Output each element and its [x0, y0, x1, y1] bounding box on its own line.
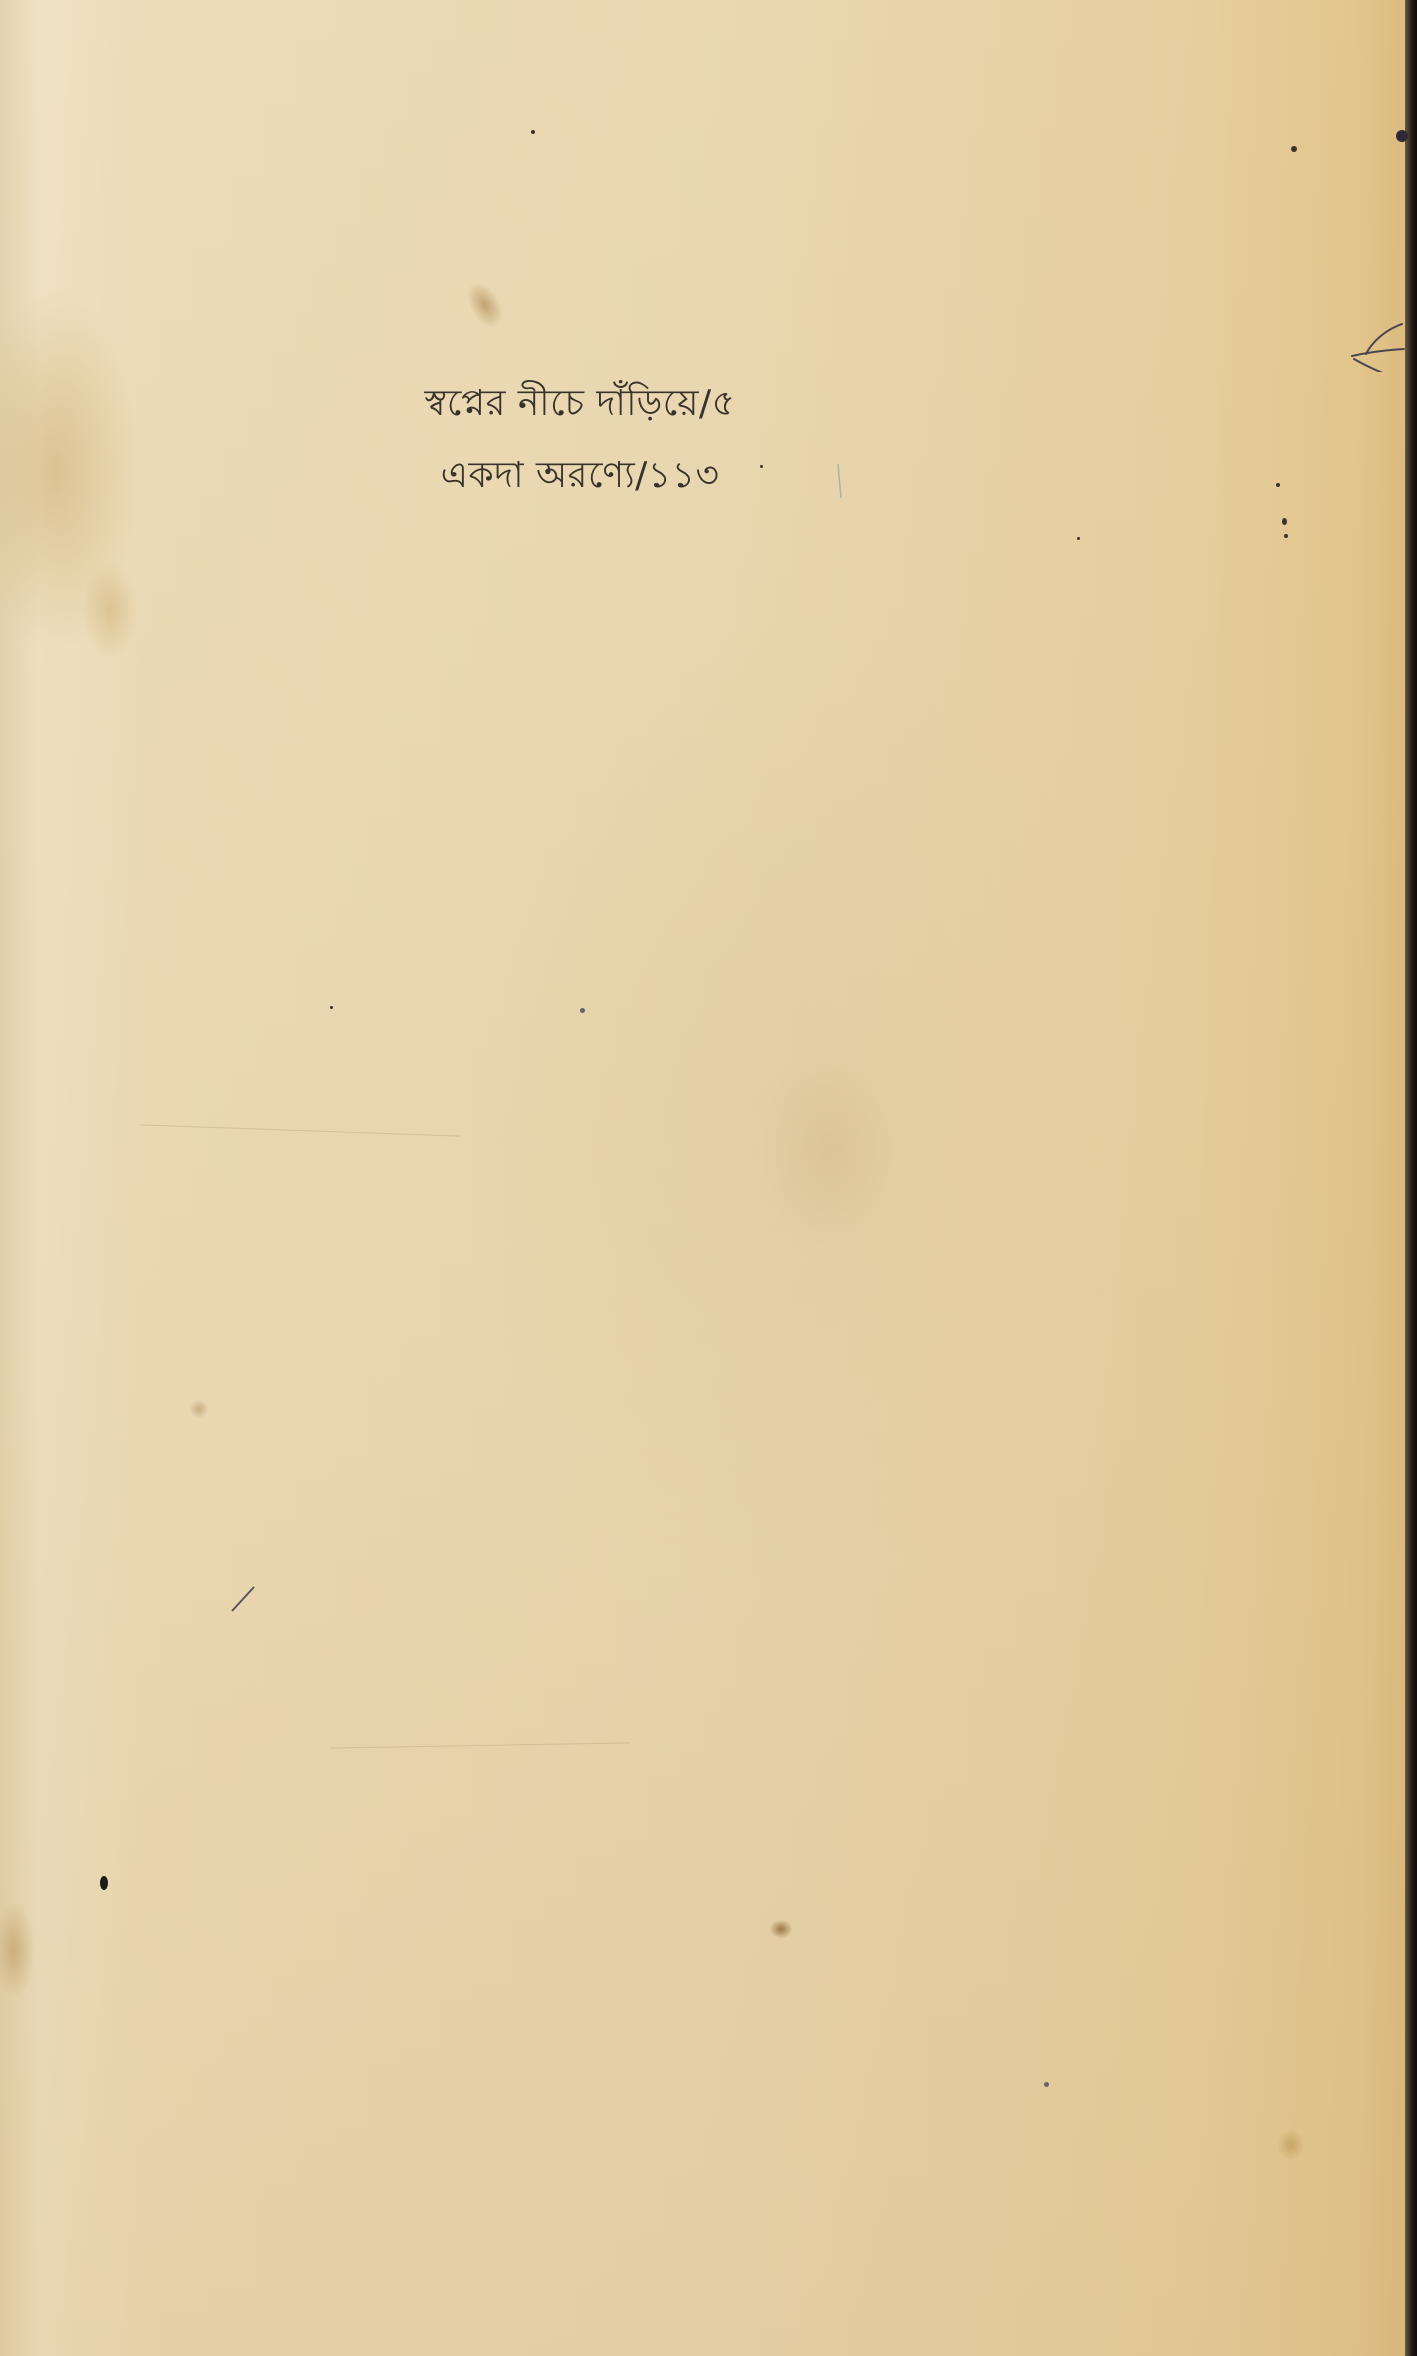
handwritten-mark-icon — [1340, 300, 1412, 372]
ink-speck — [1077, 537, 1080, 540]
ink-speck — [1396, 130, 1408, 142]
toc-entry: স্বপ্নের নীচে দাঁড়িয়ে/৫ — [0, 368, 1160, 440]
ink-speck — [531, 130, 535, 134]
paper-crease — [140, 1124, 460, 1136]
ink-speck — [330, 1006, 333, 1009]
ink-speck — [1284, 534, 1288, 538]
ink-speck — [1291, 146, 1297, 152]
paper-crease — [330, 1742, 630, 1748]
ink-speck — [1282, 518, 1287, 525]
table-of-contents: স্বপ্নের নীচে দাঁড়িয়ে/৫ একদা অরণ্যে/১১… — [0, 368, 1160, 512]
ink-speck — [1044, 2082, 1049, 2087]
book-page: স্বপ্নের নীচে দাঁড়িয়ে/৫ একদা অরণ্যে/১১… — [0, 0, 1405, 2356]
ink-speck — [1276, 483, 1280, 487]
ink-speck — [580, 1008, 585, 1013]
foxing-stain — [760, 1050, 900, 1250]
ink-speck — [100, 1876, 108, 1890]
foxing-stain — [1278, 2130, 1304, 2160]
foxing-stain — [190, 1400, 208, 1418]
toc-entry: একদা অরণ্যে/১১৩ — [0, 440, 1160, 512]
pencil-stroke-icon — [228, 1585, 258, 1615]
foxing-stain — [770, 1920, 792, 1938]
pencil-stroke-icon — [835, 462, 845, 502]
foxing-stain — [460, 276, 511, 334]
